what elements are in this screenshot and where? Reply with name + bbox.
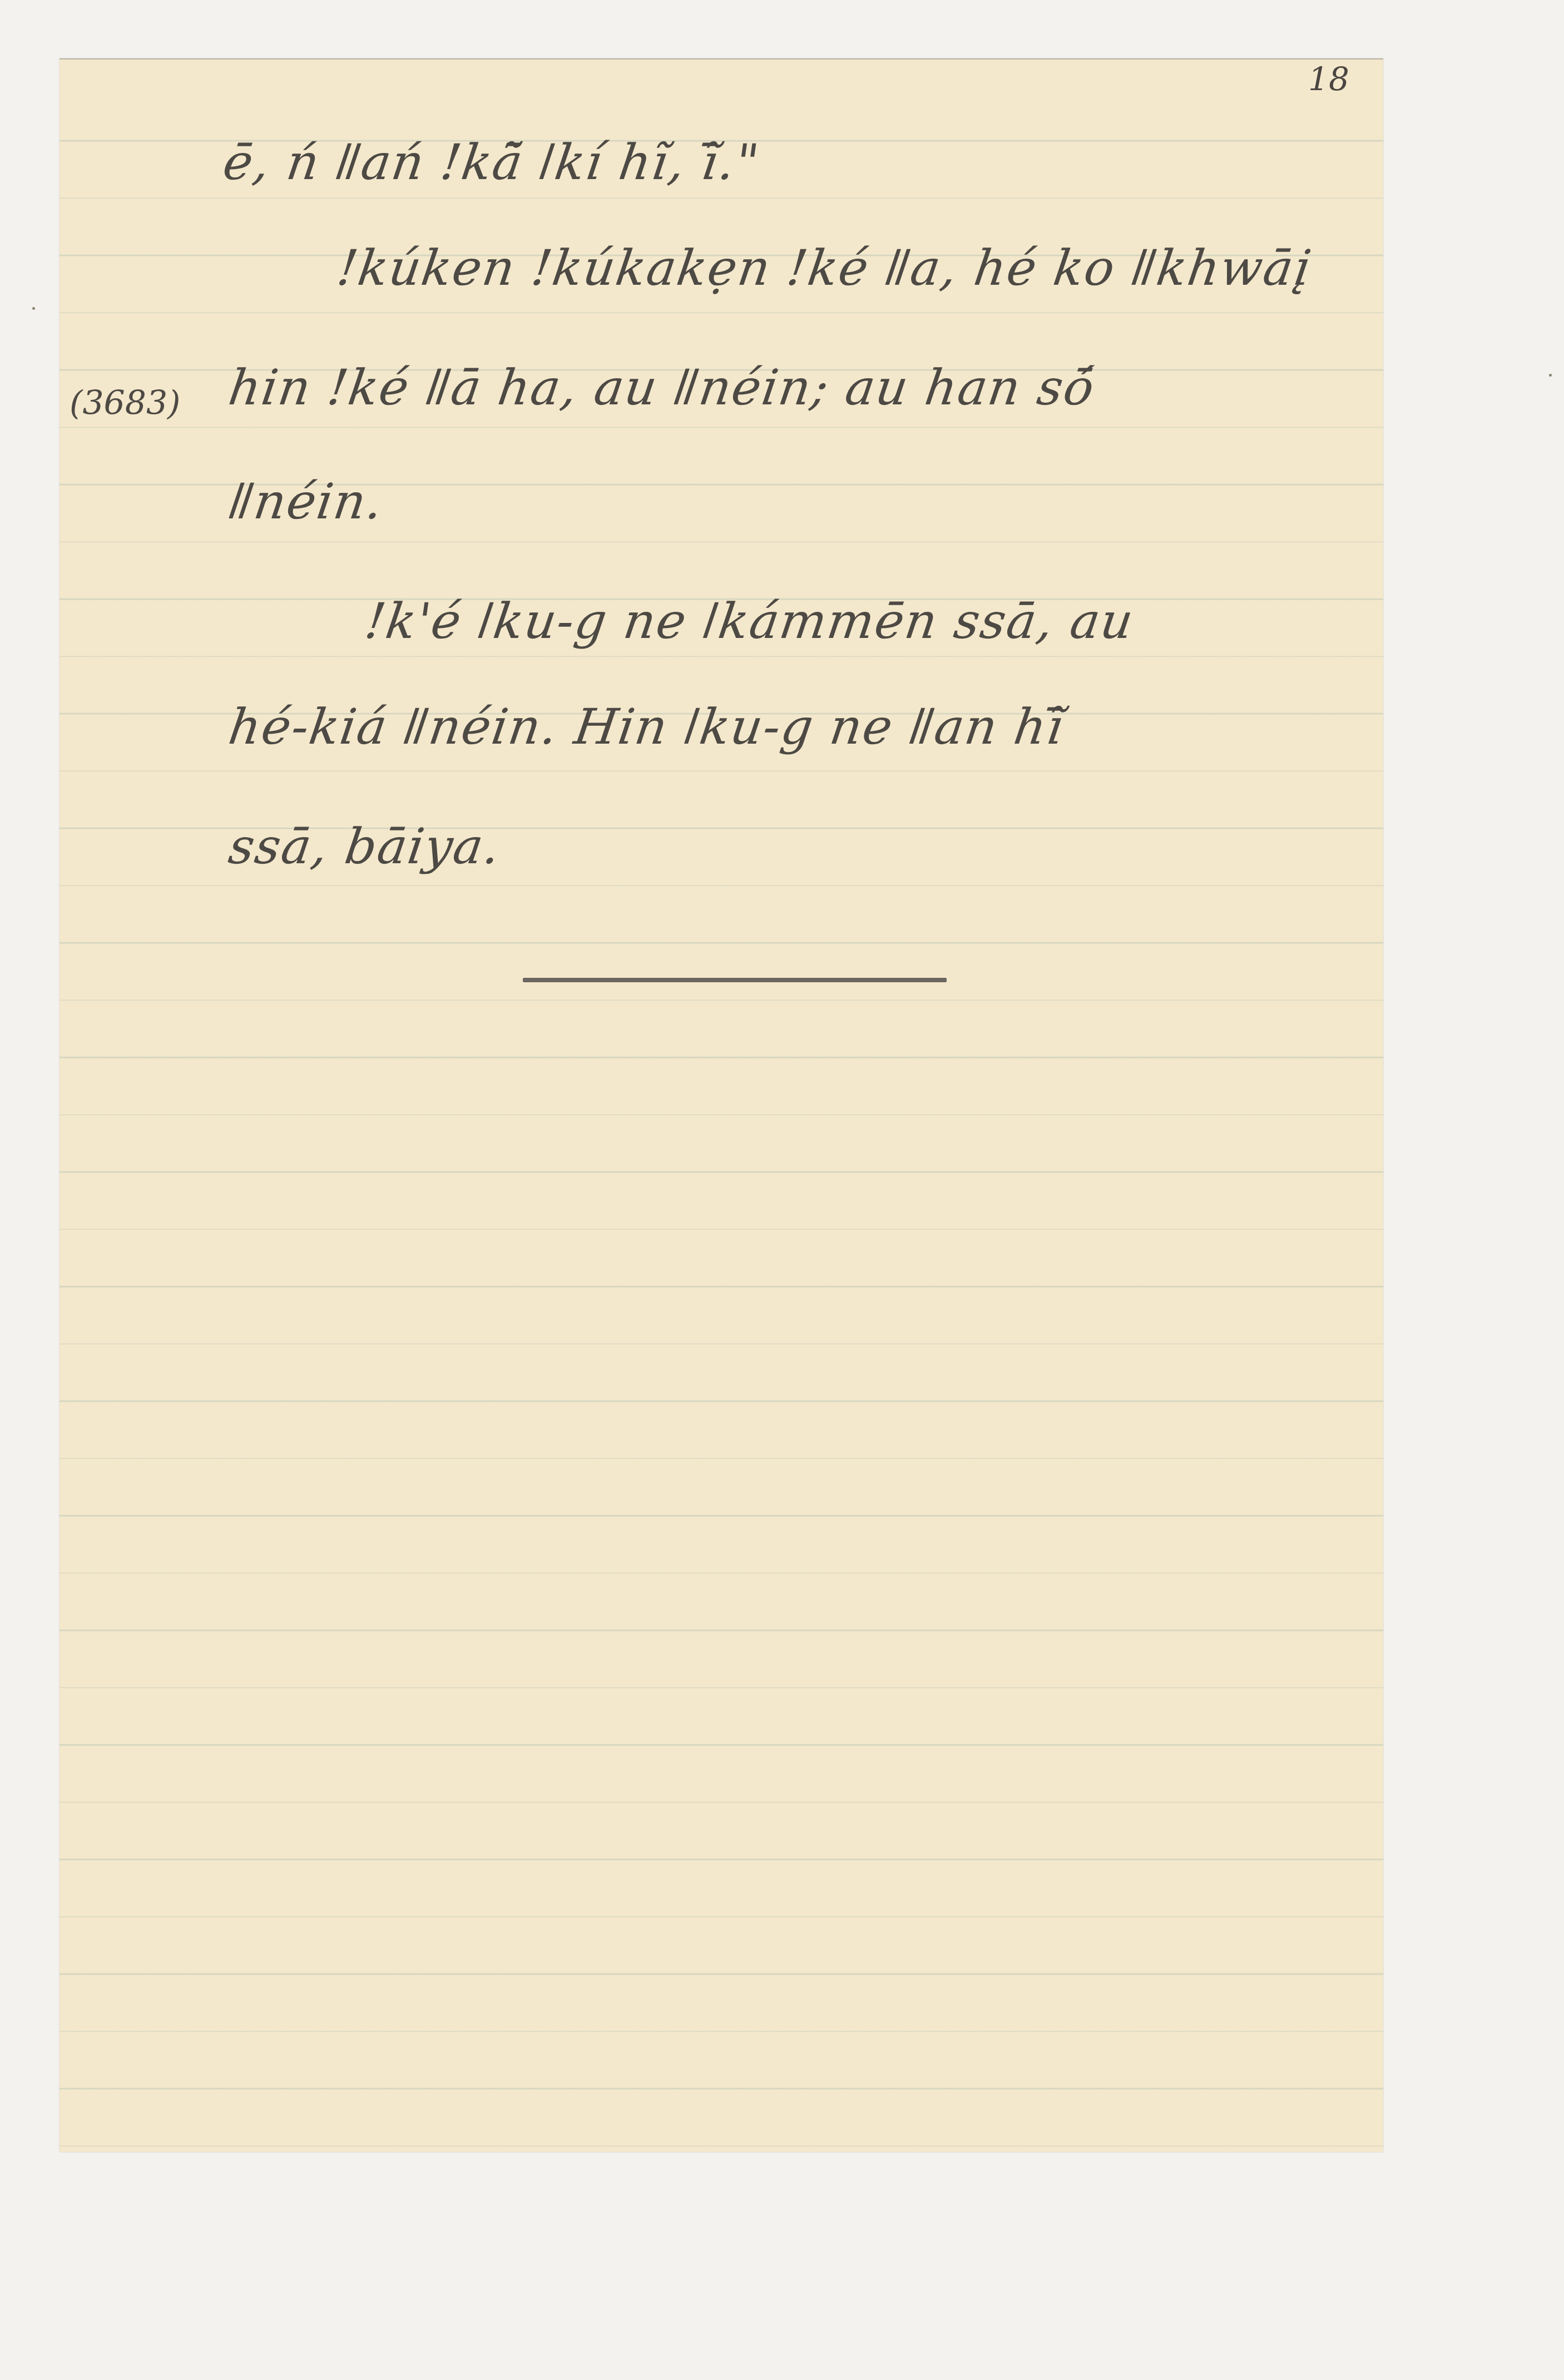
scan-speck <box>1549 374 1552 377</box>
text-line-5: !k'é ǀku-g ne ǀkámmēn ssā, au <box>362 592 1137 650</box>
text-line-7: ssā, bāiya. <box>225 818 504 875</box>
page-number: 18 <box>1308 60 1349 98</box>
text-line-4: ǁnéin. <box>225 473 387 530</box>
section-end-rule <box>523 978 947 982</box>
text-line-2: !kúken !kúkakẹn !ké ǁa, hé ko ǁkhwāį <box>334 239 1315 296</box>
text-line-3: hin !ké ǁā ha, au ǁnéin; au han só̄ <box>225 359 1098 416</box>
text-line-1: ē, ń ǁań !kã̄ ǀkí hĩ, ĩ̄." <box>220 133 763 191</box>
text-line-6: hé-kiá ǁnéin. Hin ǀku-g ne ǁan hĩ̄ <box>225 698 1068 755</box>
scan-speck <box>32 307 35 310</box>
margin-reference-number: (3683) <box>70 384 181 423</box>
